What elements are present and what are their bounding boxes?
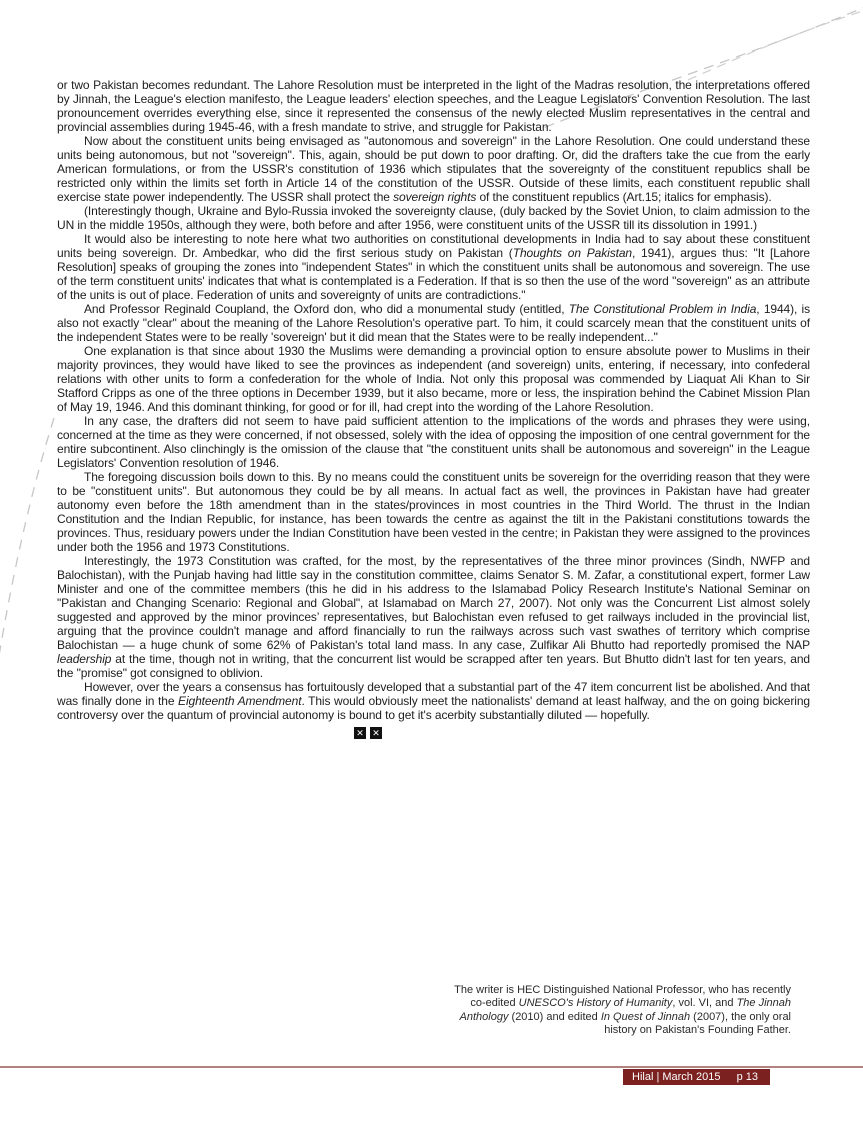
text-run: In any case, the drafters did not seem t… xyxy=(57,414,810,470)
article-paragraph: One explanation is that since about 1930… xyxy=(57,344,810,414)
article-paragraph: And Professor Reginald Coupland, the Oxf… xyxy=(57,302,810,344)
dashed-curve-left-margin xyxy=(0,418,54,700)
article-paragraph: Interestingly, the 1973 Constitution was… xyxy=(57,554,810,680)
text-run: (2010) and edited xyxy=(508,1011,600,1023)
italic-text-run: In Quest of Jinnah xyxy=(601,1011,690,1023)
article-body: or two Pakistan becomes redundant. The L… xyxy=(57,78,810,739)
article-paragraph: It would also be interesting to note her… xyxy=(57,232,810,302)
text-run: One explanation is that since about 1930… xyxy=(57,344,810,414)
italic-text-run: sovereign rights xyxy=(393,190,476,204)
article-paragraph: However, over the years a consensus has … xyxy=(57,680,810,722)
page-footer-bar: Hilal | March 2015 p 13 xyxy=(623,1069,770,1085)
footer-rule xyxy=(0,1066,863,1068)
writer-bio-note: The writer is HEC Distinguished National… xyxy=(443,984,791,1038)
text-run: The foregoing discussion boils down to t… xyxy=(57,470,810,554)
end-of-article-icon: ✕ xyxy=(370,727,382,739)
text-run: or two Pakistan becomes redundant. The L… xyxy=(57,78,810,134)
italic-text-run: Thoughts on Pakistan xyxy=(513,246,632,260)
text-run: at the time, though not in writing, that… xyxy=(57,652,810,680)
article-end-marks: ✕✕ xyxy=(354,725,810,739)
text-run: of the constituent republics (Art.15; it… xyxy=(476,190,771,204)
italic-text-run: UNESCO's History of Humanity xyxy=(519,997,673,1009)
magazine-page: or two Pakistan becomes redundant. The L… xyxy=(0,0,863,1125)
article-paragraph: (Interestingly though, Ukraine and Bylo-… xyxy=(57,204,810,232)
page-number: p 13 xyxy=(737,1069,758,1085)
italic-text-run: leadership xyxy=(57,652,111,666)
text-run: , vol. VI, and xyxy=(672,997,736,1009)
italic-text-run: Eighteenth Amendment xyxy=(178,694,301,708)
article-paragraph: In any case, the drafters did not seem t… xyxy=(57,414,810,470)
dashed-curve-top-right-secondary xyxy=(688,8,863,80)
text-run: Interestingly, the 1973 Constitution was… xyxy=(57,554,810,652)
article-paragraph: The foregoing discussion boils down to t… xyxy=(57,470,810,554)
text-run: (Interestingly though, Ukraine and Bylo-… xyxy=(57,204,810,232)
article-paragraph: Now about the constituent units being en… xyxy=(57,134,810,204)
article-paragraph: or two Pakistan becomes redundant. The L… xyxy=(57,78,810,134)
italic-text-run: The Constitutional Problem in India xyxy=(569,302,757,316)
text-run: And Professor Reginald Coupland, the Oxf… xyxy=(84,302,569,316)
publication-title: Hilal | March 2015 xyxy=(632,1069,720,1085)
end-of-article-icon: ✕ xyxy=(354,727,366,739)
